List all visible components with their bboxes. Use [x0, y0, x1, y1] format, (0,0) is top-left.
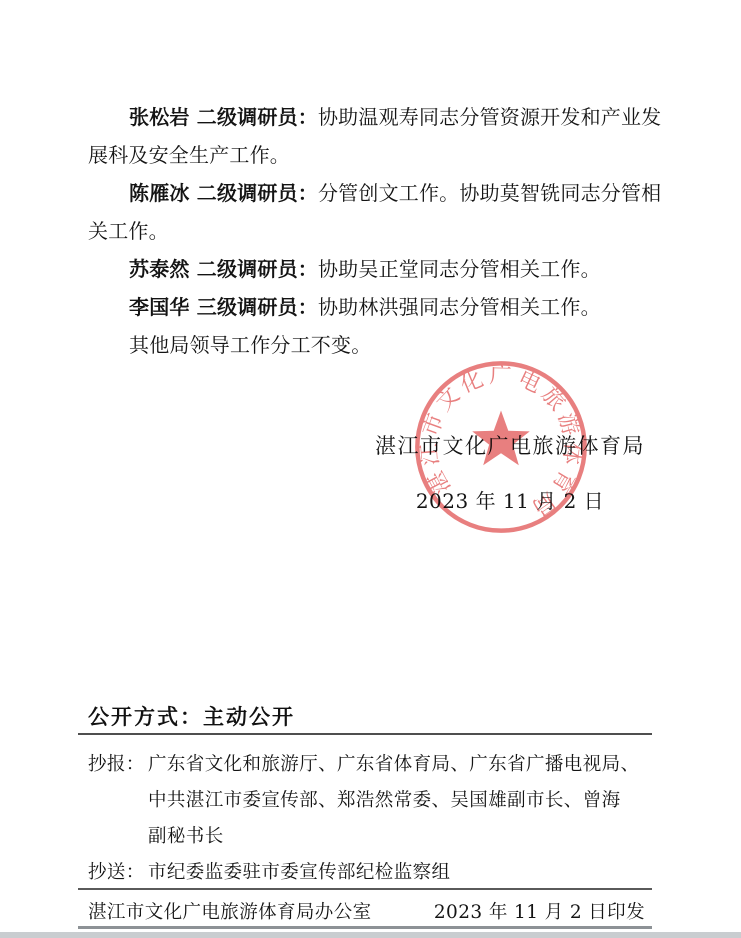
copy-report-line: 中共湛江市委宣传部、郑浩然常委、吴国雄副市长、曾海: [148, 790, 621, 811]
disclosure-method-label: 公开方式：主动公开: [88, 701, 295, 731]
body-line: 李国华 三级调研员：协助林洪强同志分管相关工作。: [88, 288, 660, 326]
official-name-title: 张松岩 二级调研员：: [129, 105, 318, 129]
copy-report-label: 抄报：: [88, 747, 148, 783]
body-line-text: 协助温观寿同志分管资源开发和产业发: [318, 105, 661, 129]
body-line-text: 展科及安全生产工作。: [88, 143, 290, 167]
official-name-title: 陈雁冰 二级调研员：: [129, 181, 318, 205]
divider-rule-top: [78, 733, 652, 735]
issuer-row: 湛江市文化广电旅游体育局办公室 2023 年 11 月 2 日印发: [88, 898, 645, 924]
issuer-office-name: 湛江市文化广电旅游体育局办公室: [88, 898, 372, 924]
body-line: 张松岩 二级调研员：协助温观寿同志分管资源开发和产业发: [88, 98, 660, 136]
body-line: 陈雁冰 二级调研员：分管创文工作。协助莫智铣同志分管相: [88, 174, 660, 212]
official-name-title: 李国华 三级调研员：: [129, 295, 318, 319]
print-date: 2023 年 11 月 2 日印发: [434, 898, 645, 924]
body-line-text: 协助林洪强同志分管相关工作。: [318, 295, 601, 319]
page-bottom-edge: [0, 932, 741, 938]
copy-send-text: 市纪委监委驻市委宣传部纪检监察组: [148, 862, 450, 883]
body-line: 其他局领导工作分工不变。: [88, 326, 660, 364]
copy-report-row: 副秘书长: [88, 819, 655, 855]
body-line-text: 关工作。: [88, 219, 169, 243]
copy-report-block: 抄报：广东省文化和旅游厅、广东省体育局、广东省广播电视局、 中共湛江市委宣传部、…: [88, 747, 655, 855]
signature-block: 湛江市文化广电旅游体育局 2023 年 11 月 2 日: [372, 430, 648, 514]
document-body: 张松岩 二级调研员：协助温观寿同志分管资源开发和产业发 展科及安全生产工作。 陈…: [88, 98, 660, 364]
copy-send-label: 抄送：: [88, 858, 148, 884]
copy-report-line: 副秘书长: [148, 826, 224, 847]
copy-report-row: 中共湛江市委宣传部、郑浩然常委、吴国雄副市长、曾海: [88, 783, 655, 819]
body-line-text: 其他局领导工作分工不变。: [129, 333, 371, 357]
body-line-text: 分管创文工作。协助莫智铣同志分管相: [318, 181, 661, 205]
copy-report-row: 抄报：广东省文化和旅游厅、广东省体育局、广东省广播电视局、: [88, 747, 655, 783]
signature-org-name: 湛江市文化广电旅游体育局: [372, 430, 648, 460]
copy-report-line: 广东省文化和旅游厅、广东省体育局、广东省广播电视局、: [148, 754, 639, 775]
body-line: 展科及安全生产工作。: [88, 136, 660, 174]
body-line: 苏泰然 二级调研员：协助吴正堂同志分管相关工作。: [88, 250, 660, 288]
signature-date: 2023 年 11 月 2 日: [372, 485, 648, 514]
body-line: 关工作。: [88, 212, 660, 250]
official-name-title: 苏泰然 二级调研员：: [129, 257, 318, 281]
divider-rule-bottom: [78, 926, 652, 929]
copy-send-row: 抄送：市纪委监委驻市委宣传部纪检监察组: [88, 858, 655, 884]
body-line-text: 协助吴正堂同志分管相关工作。: [318, 257, 601, 281]
divider-rule-middle: [78, 888, 652, 890]
document-page: 张松岩 二级调研员：协助温观寿同志分管资源开发和产业发 展科及安全生产工作。 陈…: [0, 0, 741, 938]
